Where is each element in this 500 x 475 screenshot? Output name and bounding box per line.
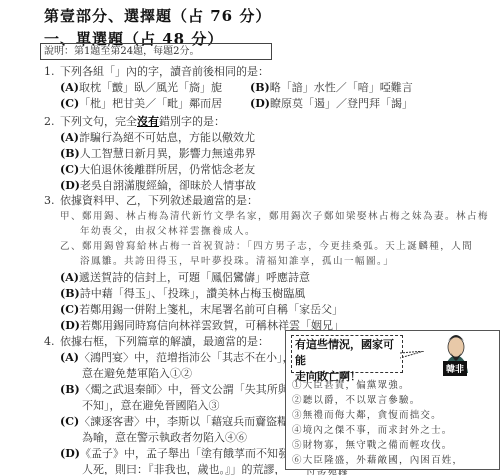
q1-option-b[interactable]: (B)略「諳」水性／「喑」啞難言 xyxy=(250,80,413,96)
option-text: 〈鴻門宴〉中，范增指沛公「其志不在小」， xyxy=(79,351,294,364)
option-text: 詐騙行為絕不可姑息，方能以儆效尤 xyxy=(79,131,255,144)
q4-option-c-cont: 為喻，意在警示執政者勿陷入④⑥ xyxy=(82,430,247,446)
question-number: 1. xyxy=(44,64,60,80)
q4-option-a[interactable]: (A)〈鴻門宴〉中，范增指沛公「其志不在小」， xyxy=(60,350,293,366)
question-stem-after: 錯別字的是： xyxy=(159,115,225,128)
question-3: 3.依據資料甲、乙，下列敘述最適當的是： xyxy=(44,193,258,209)
option-label: (A) xyxy=(60,271,79,284)
q1-option-c[interactable]: (C)「枇」杷甘美／「毗」鄰而居 xyxy=(60,96,222,112)
q4-option-b-cont: 不知」，意在避免晉國陷入③ xyxy=(82,398,220,414)
q3-option-b[interactable]: (B)詩中藉「得玉」、「投珠」，讚美林占梅玉樹臨風 xyxy=(60,286,305,302)
option-text: 瞭原莫「遏」／登門拜「謁」 xyxy=(270,97,413,110)
condition-item: ③無禮而侮大鄰，貪愎而拙交。 xyxy=(292,408,463,423)
condition-item: ⑥大臣隆盛，外藉敵國，內困百姓， xyxy=(292,453,463,468)
material-jia-line1: 甲、鄭用錫、林占梅為清代新竹文學名家，鄭用錫次子鄭如梁娶林占梅之妹為妻。林占梅 xyxy=(60,209,489,225)
option-text: 取枕「皽」臥／風光「旖」旎 xyxy=(79,81,222,94)
condition-item: ①大臣甚貴，偏黨眾強。 xyxy=(292,378,463,393)
option-text: 略「諳」水性／「喑」啞難言 xyxy=(270,81,413,94)
option-label: (D) xyxy=(60,447,80,460)
question-1: 1.下列各組「」內的字，讀音前後相同的是： xyxy=(44,64,269,80)
question-stem-emphasis: 沒有 xyxy=(137,115,159,128)
condition-item: ②聽以爵，不以眾言參驗。 xyxy=(292,393,463,408)
option-label: (D) xyxy=(250,97,270,110)
option-label: (B) xyxy=(250,81,270,94)
option-text: 若鄭用錫一併附上箋札，末尾署名前可自稱「家岳父」 xyxy=(79,303,343,316)
option-text: 人工智慧日新月異，影響力無遠弗界 xyxy=(80,147,256,160)
q2-option-d[interactable]: (D)老吳自詡滿腹經綸，卻昧於人情事故 xyxy=(60,178,256,194)
option-text: 大伯退休後離群所居，仍常惦念老友 xyxy=(79,163,255,176)
question-stem-before: 下列文句，完全 xyxy=(60,115,137,128)
speech-bubble: 有這些情況，國家可能 走向敗亡啊！ xyxy=(291,335,403,373)
option-label: (D) xyxy=(60,179,80,192)
q4-option-a-cont: 意在避免楚軍陷入①② xyxy=(82,366,192,382)
option-text: 《孟子》中，孟子舉出「塗有餓莩而不知發， xyxy=(80,447,300,460)
bubble-line: 有這些情況，國家可能 xyxy=(295,337,399,369)
q4-option-c[interactable]: (C)〈諫逐客書〉中，李斯以「藉寇兵而齎盜糧」 xyxy=(60,414,299,430)
question-stem: 下列各組「」內的字，讀音前後相同的是： xyxy=(60,65,269,78)
question-number: 2. xyxy=(44,114,60,130)
material-jia-line2: 年幼喪父，由叔父林祥雲撫養成人。 xyxy=(80,224,256,240)
condition-item: ④境內之傑不事，而求封外之士。 xyxy=(292,423,463,438)
speech-tail-icon xyxy=(400,351,424,359)
character-name: 韓非 xyxy=(443,361,467,376)
q3-option-a[interactable]: (A)遞送賀詩的信封上，可題「鳳侶鸞儔」呼應詩意 xyxy=(60,270,310,286)
option-label: (B) xyxy=(60,147,80,160)
option-label: (D) xyxy=(60,319,80,332)
material-yi-line2: 浴鳳雛。共誇田得玉，早叶夢投珠。清福知誰享，孤山一幅圖。」 xyxy=(80,254,394,270)
option-label: (A) xyxy=(60,351,79,364)
condition-item: 以攻怨讎。 xyxy=(292,468,463,475)
q4-option-d-cont: 人死，則曰：『非我也，歲也。』」的荒謬， xyxy=(82,462,286,475)
option-label: (C) xyxy=(60,303,79,316)
question-number: 3. xyxy=(44,193,60,209)
material-yi-line1: 乙、鄭用錫曾寫給林占梅一首祝賀詩：「四方男子志，今更挂桑弧。天上誕麟種，人間 xyxy=(60,239,473,255)
option-label: (B) xyxy=(60,383,80,396)
option-label: (A) xyxy=(60,81,79,94)
part-title: 第壹部分、選擇題（占 76 分） xyxy=(44,5,271,26)
option-text: 詩中藉「得玉」、「投珠」，讚美林占梅玉樹臨風 xyxy=(80,287,306,300)
option-text: 遞送賀詩的信封上，可題「鳳侶鸞儔」呼應詩意 xyxy=(79,271,310,284)
q3-option-c[interactable]: (C)若鄭用錫一併附上箋札，末尾署名前可自稱「家岳父」 xyxy=(60,302,343,318)
question-4: 4.依據右框，下列篇章的解讀，最適當的是： xyxy=(44,334,269,350)
option-text: 〈諫逐客書〉中，李斯以「藉寇兵而齎盜糧」 xyxy=(79,415,299,428)
option-label: (A) xyxy=(60,131,79,144)
option-label: (C) xyxy=(60,97,79,110)
option-text: 〈燭之武退秦師〉中，晉文公謂「失其所與， xyxy=(80,383,300,396)
han-fei-sidebox: 有這些情況，國家可能 走向敗亡啊！ 韓非 ①大臣甚貴，偏黨眾強。 ②聽以爵，不以… xyxy=(285,330,500,470)
q4-option-b[interactable]: (B)〈燭之武退秦師〉中，晉文公謂「失其所與， xyxy=(60,382,300,398)
option-label: (C) xyxy=(60,163,79,176)
instructions-text: 說明：第1題至第24題，每題2分。 xyxy=(44,43,199,60)
condition-item: ⑤財物寡，無守戰之備而輕攻伐。 xyxy=(292,438,463,453)
conditions-list: ①大臣甚貴，偏黨眾強。 ②聽以爵，不以眾言參驗。 ③無禮而侮大鄰，貪愎而拙交。 … xyxy=(292,378,463,475)
option-text: 「枇」杷甘美／「毗」鄰而居 xyxy=(79,97,222,110)
q1-option-d[interactable]: (D)瞭原莫「遏」／登門拜「謁」 xyxy=(250,96,413,112)
option-label: (C) xyxy=(60,415,79,428)
option-text: 老吳自詡滿腹經綸，卻昧於人情事故 xyxy=(80,179,256,192)
question-2: 2.下列文句，完全沒有錯別字的是： xyxy=(44,114,225,130)
q2-option-b[interactable]: (B)人工智慧日新月異，影響力無遠弗界 xyxy=(60,146,256,162)
q4-option-d[interactable]: (D)《孟子》中，孟子舉出「塗有餓莩而不知發， xyxy=(60,446,300,462)
q2-option-a[interactable]: (A)詐騙行為絕不可姑息，方能以儆效尤 xyxy=(60,130,255,146)
question-stem: 依據資料甲、乙，下列敘述最適當的是： xyxy=(60,194,258,207)
q1-option-a[interactable]: (A)取枕「皽」臥／風光「旖」旎 xyxy=(60,80,222,96)
q2-option-c[interactable]: (C)大伯退休後離群所居，仍常惦念老友 xyxy=(60,162,255,178)
question-number: 4. xyxy=(44,334,60,350)
option-label: (B) xyxy=(60,287,80,300)
question-stem: 依據右框，下列篇章的解讀，最適當的是： xyxy=(60,335,269,348)
